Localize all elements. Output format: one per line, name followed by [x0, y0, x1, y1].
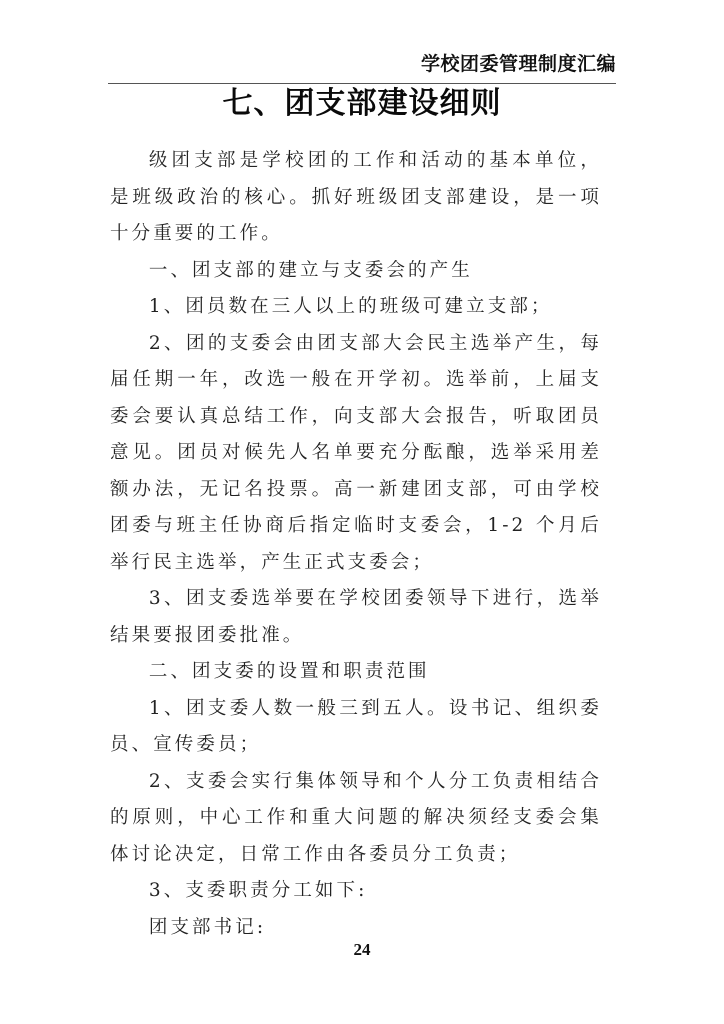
page-number: 24	[0, 940, 724, 960]
intro-paragraph: 级团支部是学校团的工作和活动的基本单位，是班级政治的核心。抓好班级团支部建设，是…	[110, 143, 602, 253]
section-heading-2: 二、团支委的设置和职责范围	[110, 654, 602, 691]
running-header: 学校团委管理制度汇编	[108, 50, 616, 84]
list-item-1-2: 2、团的支委会由团支部大会民主选举产生，每届任期一年，改选一般在开学初。选举前，…	[110, 326, 602, 582]
list-item-2-1: 1、团支委人数一般三到五人。设书记、组织委员、宣传委员；	[110, 691, 602, 764]
section-heading-1: 一、团支部的建立与支委会的产生	[110, 253, 602, 290]
list-item-2-3: 3、支委职责分工如下:	[110, 873, 602, 910]
list-item-2-2: 2、支委会实行集体领导和个人分工负责相结合的原则，中心工作和重大问题的解决须经支…	[110, 764, 602, 874]
running-header-title: 学校团委管理制度汇编	[421, 53, 616, 75]
list-item-1-3: 3、团支委选举要在学校团委领导下进行，选举结果要报团委批准。	[110, 581, 602, 654]
list-item-1-1: 1、团员数在三人以上的班级可建立支部；	[110, 289, 602, 326]
document-body: 级团支部是学校团的工作和活动的基本单位，是班级政治的核心。抓好班级团支部建设，是…	[110, 143, 602, 946]
page-title: 七、团支部建设细则	[0, 86, 724, 122]
